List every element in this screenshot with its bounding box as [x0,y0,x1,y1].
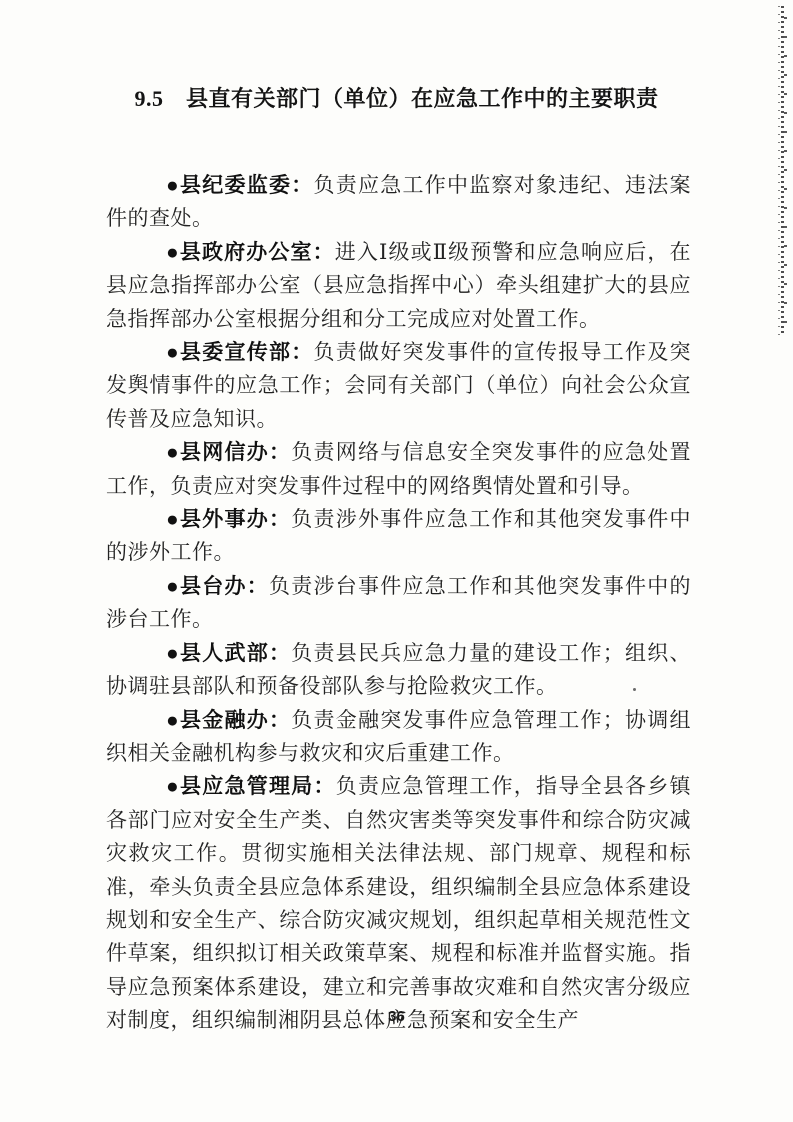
bullet-icon: ● [166,240,180,264]
paragraph: ●县外事办：负责涉外事件应急工作和其他突发事件中的涉外工作。 [106,503,691,570]
bullet-icon: ● [166,173,180,197]
department-name: 县台办： [180,574,269,598]
paragraph-text: 负责应急管理工作，指导全县各乡镇各部门应对安全生产类、自然灾害类等突发事件和综合… [106,774,691,1032]
bullet-icon: ● [166,774,180,798]
paragraph: ●县委宣传部：负责做好突发事件的宣传报导工作及突发舆情事件的应急工作；会同有关部… [106,336,691,436]
paragraph: ●县政府办公室：进入Ⅰ级或Ⅱ级预警和应急响应后，在县应急指挥部办公室（县应急指挥… [106,236,691,336]
bullet-icon: ● [166,340,180,364]
department-name: 县金融办： [180,708,291,732]
department-name: 县委宣传部： [180,340,314,364]
document-page: 9.5 县直有关部门（单位）在应急工作中的主要职责 ●县纪委监委：负责应急工作中… [0,0,793,1122]
scan-artifact-strip [778,6,787,336]
bullet-icon: ● [166,507,180,531]
paragraph: ●县人武部：负责县民兵应急力量的建设工作；组织、协调驻县部队和预备役部队参与抢险… [106,637,691,704]
paragraph: ●县金融办：负责金融突发事件应急管理工作；协调组织相关金融机构参与救灾和灾后重建… [106,704,691,771]
paragraph: ●县台办：负责涉台事件应急工作和其他突发事件中的涉台工作。 [106,570,691,637]
department-name: 县应急管理局： [180,774,336,798]
section-heading: 9.5 县直有关部门（单位）在应急工作中的主要职责 [0,82,793,113]
paragraph: ●县纪委监委：负责应急工作中监察对象违纪、违法案件的查处。 [106,169,691,236]
bullet-icon: ● [166,708,180,732]
department-name: 县政府办公室： [180,240,335,264]
paragraph: ●县网信办：负责网络与信息安全突发事件的应急处置工作，负责应对突发事件过程中的网… [106,436,691,503]
bullet-icon: ● [166,440,180,464]
department-name: 县纪委监委： [180,173,314,197]
bullet-icon: ● [166,574,180,598]
document-body: ●县纪委监委：负责应急工作中监察对象违纪、违法案件的查处。●县政府办公室：进入Ⅰ… [106,169,691,1038]
paragraph: ●县应急管理局：负责应急管理工作，指导全县各乡镇各部门应对安全生产类、自然灾害类… [106,770,691,1037]
bullet-icon: ● [166,641,180,665]
page-number: 36 [0,1008,793,1025]
department-name: 县人武部： [180,641,291,665]
department-name: 县外事办： [180,507,291,531]
department-name: 县网信办： [180,440,291,464]
